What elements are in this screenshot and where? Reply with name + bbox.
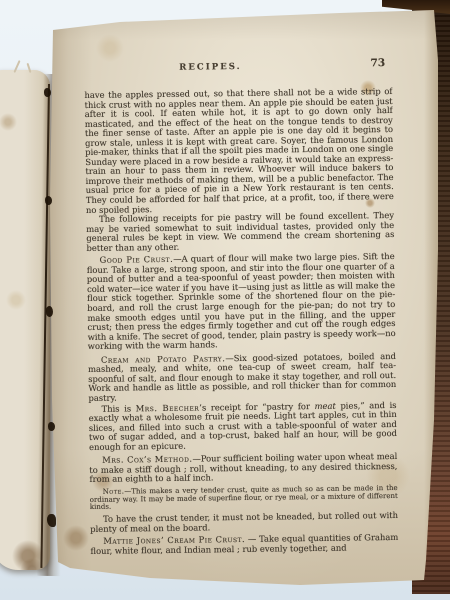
body-text: The following receipts for pie pastry wi… [86,210,394,253]
paragraph-crust-tender: To have the crust tender, it must not be… [90,511,398,534]
paragraph-apple-pie-continuation: have the apples pressed out, so that the… [84,87,394,215]
paragraph-following-receipts: The following receipts for pie pastry wi… [86,211,394,253]
page-header: RECIPES. 73 [84,54,392,80]
stitch-knot-icon [47,514,56,527]
stitch-knot-icon [44,88,51,97]
stitch-knot-icon [48,422,55,431]
book-page: RECIPES. 73 have the apples pressed out,… [48,6,440,588]
paragraph-mrs-cox-method: Mrs. Cox’s Method.—Pour sufficient boili… [89,452,397,485]
stitch-knot-icon [45,196,52,205]
paragraph-mattie-jones-cream-pie-crust: Mattie Jones’ Cream Pie Crust. — Take eq… [90,533,398,556]
paragraph-note: Note.—This makes a very tender crust, qu… [90,485,398,512]
body-text: have the apples pressed out, so that the… [84,86,393,215]
page-paragraphs: have the apples pressed out, so that the… [84,87,398,556]
book-photo: { "photo": { "background_color": "#e9eff… [0,0,450,600]
running-head: RECIPES. [179,62,242,73]
body-text: To have the crust tender, it must not be… [90,510,398,534]
body-text: —A quart of flour will make two large pi… [87,251,396,351]
paragraph-cream-and-potato-pastry: Cream and Potato Pastry.—Six good-sized … [88,352,397,404]
page-number: 73 [370,57,385,69]
body-text: —This makes a very tender crust, quite a… [90,484,398,511]
paragraph-mrs-beecher-receipt: This is Mrs. Beecher’s receipt for “past… [89,400,398,452]
page-text: RECIPES. 73 have the apples pressed out,… [84,54,399,574]
stitch-knot-icon [46,306,53,317]
paragraph-good-pie-crust: Good Pie Crust.—A quart of flour will ma… [87,252,396,351]
